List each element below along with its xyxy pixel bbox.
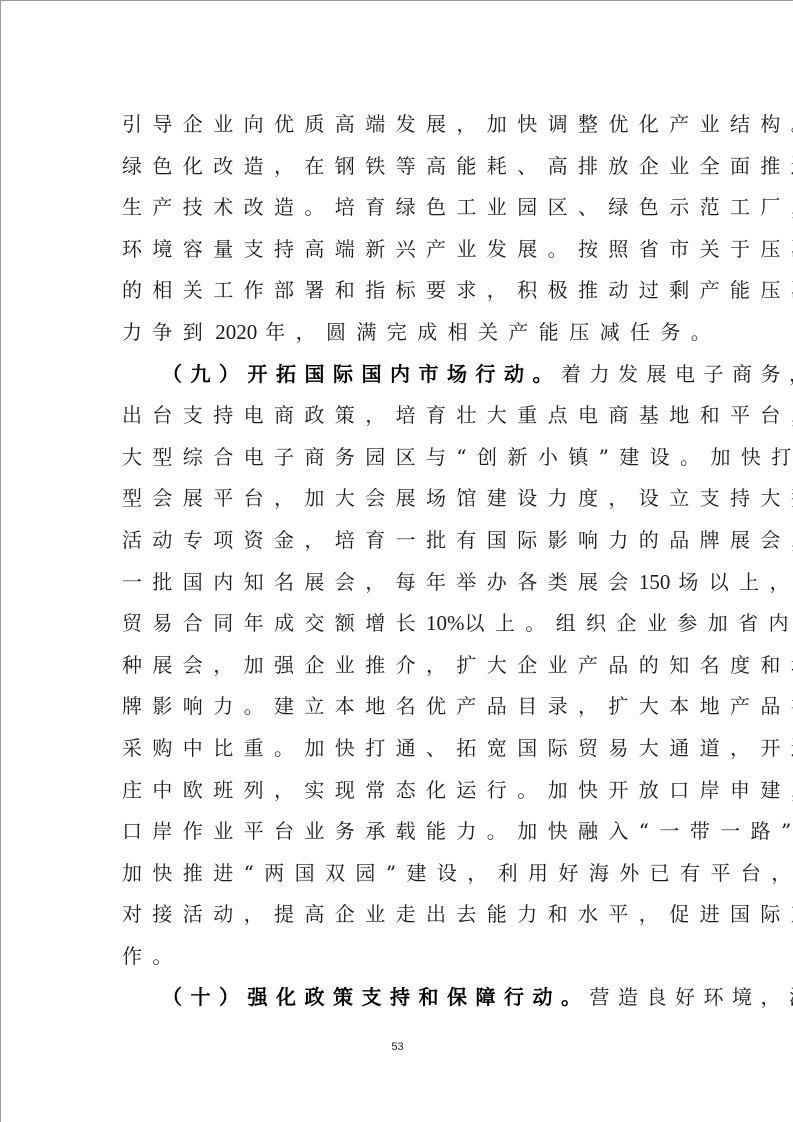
document-page: 引导企业向优质高端发展，加快调整优化产业结构。实施 绿色化改造，在钢铁等高能耗、…	[0, 0, 793, 1122]
text-segment: 场以上，实现	[678, 570, 793, 594]
text-line: 采购中比重。加快打通、拓宽国际贸易大通道，开通石家	[122, 728, 678, 770]
text-line: 作。	[122, 936, 678, 978]
section-10-heading: （十）强化政策支持和保障行动。	[162, 985, 590, 1009]
text-line: 生产技术改造。培育绿色工业园区、绿色示范工厂，腾出	[122, 187, 678, 229]
text-line: 出台支持电商政策，培育壮大重点电商基地和平台，加快	[122, 395, 678, 437]
section-9-heading: （九）开拓国际国内市场行动。	[162, 362, 561, 386]
text-line: 种展会，加强企业推介，扩大企业产品的知名度和增强品	[122, 645, 678, 687]
text-line: 绿色化改造，在钢铁等高能耗、高排放企业全面推进清洁	[122, 146, 678, 188]
text-segment: 着力发展电子商务，	[561, 362, 793, 386]
text-segment: 年，圆满完成相关产能压减任务。	[265, 320, 721, 344]
text-segment: 贸易合同年成交额增长	[122, 611, 426, 635]
text-line: 大型综合电子商务园区与“创新小镇”建设。加快打造大	[122, 437, 678, 479]
text-line: 对接活动，提高企业走出去能力和水平，促进国际产能合	[122, 894, 678, 936]
text-line: 引导企业向优质高端发展，加快调整优化产业结构。实施	[122, 104, 678, 146]
text-line: 环境容量支持高端新兴产业发展。按照省市关于压减产能	[122, 229, 678, 271]
percent-number: 10%	[426, 611, 465, 635]
text-line: 的相关工作部署和指标要求，积极推动过剩产能压减工作，	[122, 270, 678, 312]
text-segment: 力争到	[122, 320, 213, 344]
text-segment: 营造良好环境，深	[590, 985, 793, 1009]
text-line: 活动专项资金，培育一批有国际影响力的品牌展会，引进	[122, 520, 678, 562]
text-line: 加快推进“两国双园”建设，利用好海外已有平台，开展	[122, 853, 678, 895]
text-segment: 一批国内知名展会，每年举办各类展会	[122, 570, 639, 594]
year-number: 2020	[215, 320, 257, 344]
section-10-heading-line: （十）强化政策支持和保障行动。营造良好环境，深	[122, 977, 678, 1019]
count-number: 150	[639, 570, 671, 594]
section-9-heading-line: （九）开拓国际国内市场行动。着力发展电子商务，	[122, 354, 678, 396]
text-line: 力争到2020年，圆满完成相关产能压减任务。	[122, 312, 678, 354]
page-number: 53	[1, 1041, 793, 1053]
text-line: 牌影响力。建立本地名优产品目录，扩大本地产品在政府	[122, 686, 678, 728]
text-line: 贸易合同年成交额增长10%以上。组织企业参加省内外各	[122, 603, 678, 645]
text-line: 一批国内知名展会，每年举办各类展会150场以上，实现	[122, 562, 678, 604]
text-segment: 以上。组织企业参加省内外各	[465, 611, 793, 635]
text-line: 口岸作业平台业务承载能力。加快融入“一带一路”建设，	[122, 811, 678, 853]
body-text: 引导企业向优质高端发展，加快调整优化产业结构。实施 绿色化改造，在钢铁等高能耗、…	[122, 104, 678, 1019]
text-line: 型会展平台，加大会展场馆建设力度，设立支持大型会展	[122, 478, 678, 520]
text-line: 庄中欧班列，实现常态化运行。加快开放口岸申建，提升	[122, 770, 678, 812]
